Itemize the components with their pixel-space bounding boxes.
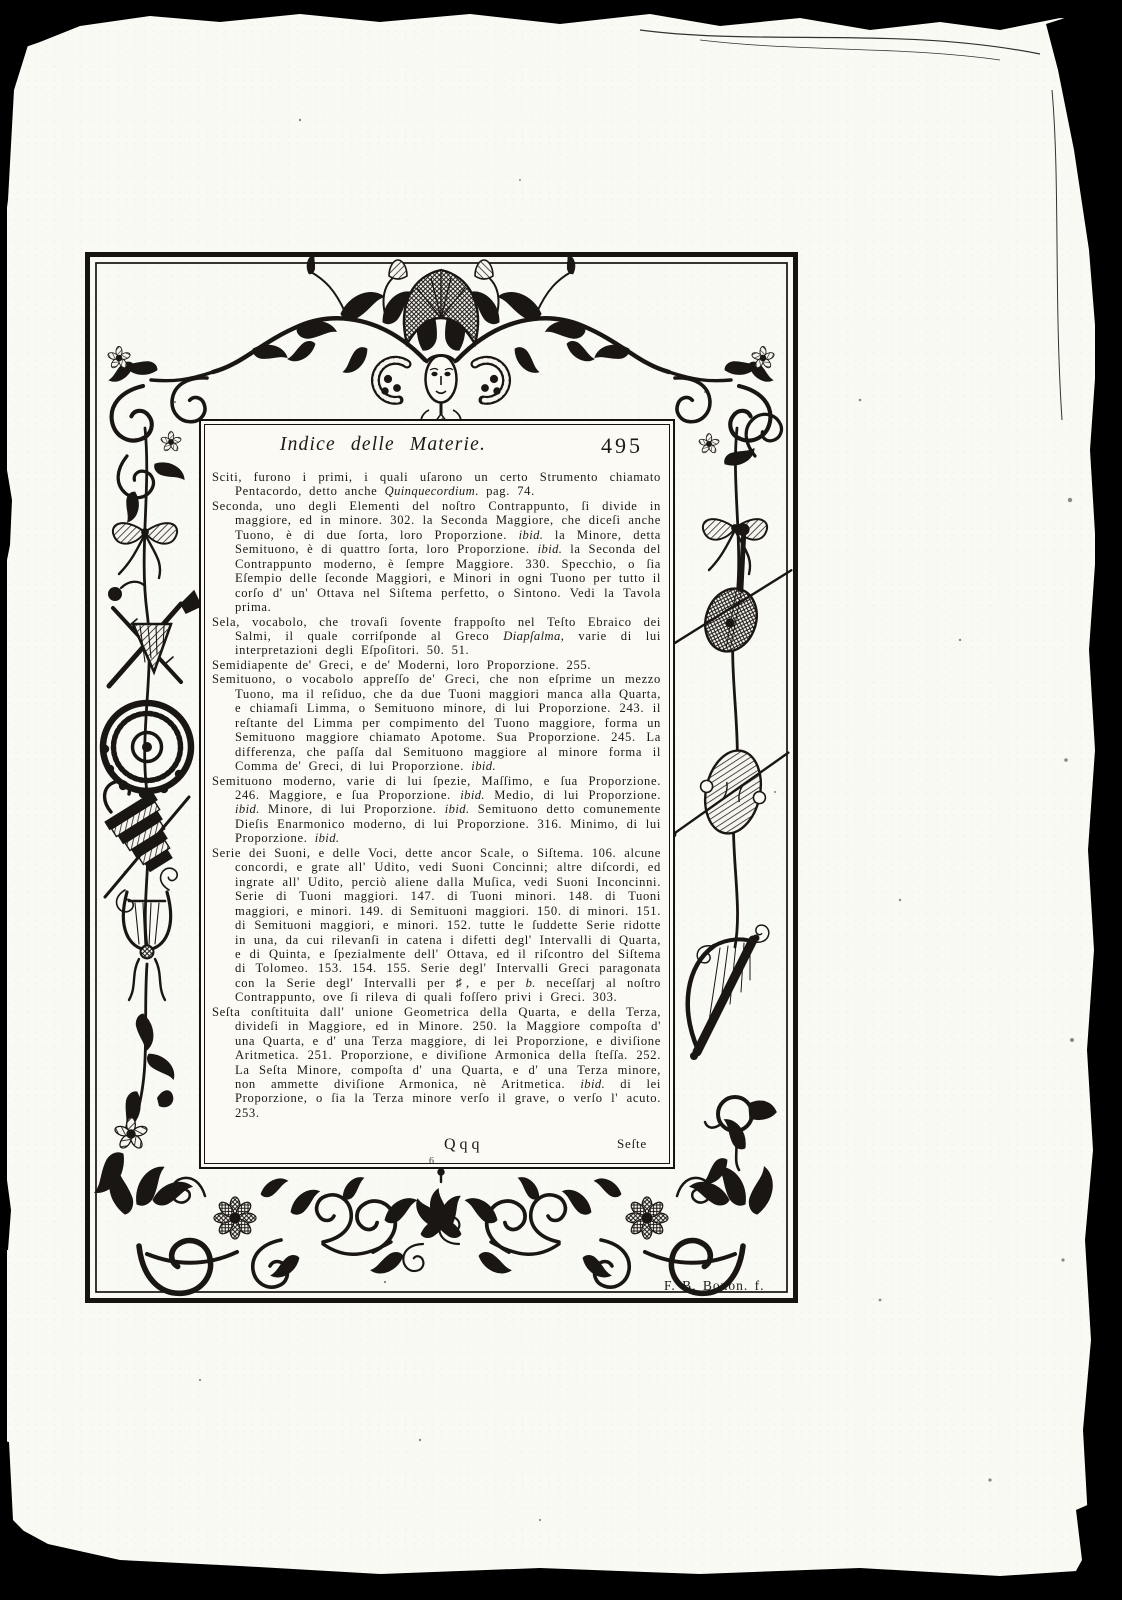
index-entries: Sciti, furono i primi, i quali uſarono u… — [212, 470, 661, 1133]
right-instruments-trophy-ornament — [667, 407, 798, 1187]
scanned-book-page: Indice delle Materie. 495 Sciti, furono … — [0, 0, 1122, 1600]
press-figure: 6 — [429, 1156, 435, 1167]
index-entry: Semituono, o vocabolo appreſſo de' Greci… — [212, 672, 661, 773]
index-header: Indice delle Materie. 495 — [201, 434, 673, 468]
index-entry: Semidiapente de' Greci, e de' Moderni, l… — [212, 658, 661, 672]
index-entry: Semituono moderno, varie di lui ſpezie, … — [212, 774, 661, 846]
index-entry: Serie dei Suoni, e delle Voci, dette anc… — [212, 846, 661, 1005]
catchword: Seſte — [617, 1136, 647, 1152]
footer-row: Qqq Seſte — [212, 1136, 661, 1156]
left-instruments-trophy-ornament — [85, 428, 201, 1197]
hunting-horn-ornament — [705, 1097, 776, 1131]
bottom-scrollwork-ornament — [107, 1163, 774, 1296]
engraver-credit: F. B. Bonon. f. — [664, 1278, 765, 1294]
index-entry: Sela, vocabolo, che trovaſi ſovente frap… — [212, 615, 661, 658]
viol-ornament — [669, 732, 789, 858]
center-palmette-ornament — [401, 1169, 470, 1273]
panpipes-ornament — [105, 792, 187, 878]
index-entry: Seconda, uno degli Elementi del noſtro C… — [212, 499, 661, 615]
inner-text-box: Indice delle Materie. 495 Sciti, furono … — [199, 419, 675, 1169]
index-entry: Seſta conſtituita dall' unione Geometric… — [212, 1005, 661, 1121]
harp-ornament — [688, 923, 771, 1060]
index-title: Indice delle Materie. — [201, 434, 565, 456]
top-border-ornament — [105, 253, 776, 441]
signature-mark: Qqq — [444, 1136, 484, 1154]
index-entry: Sciti, furono i primi, i quali uſarono u… — [212, 470, 661, 499]
shell-fan-ornament — [404, 270, 478, 344]
page-number: 495 — [601, 433, 643, 459]
